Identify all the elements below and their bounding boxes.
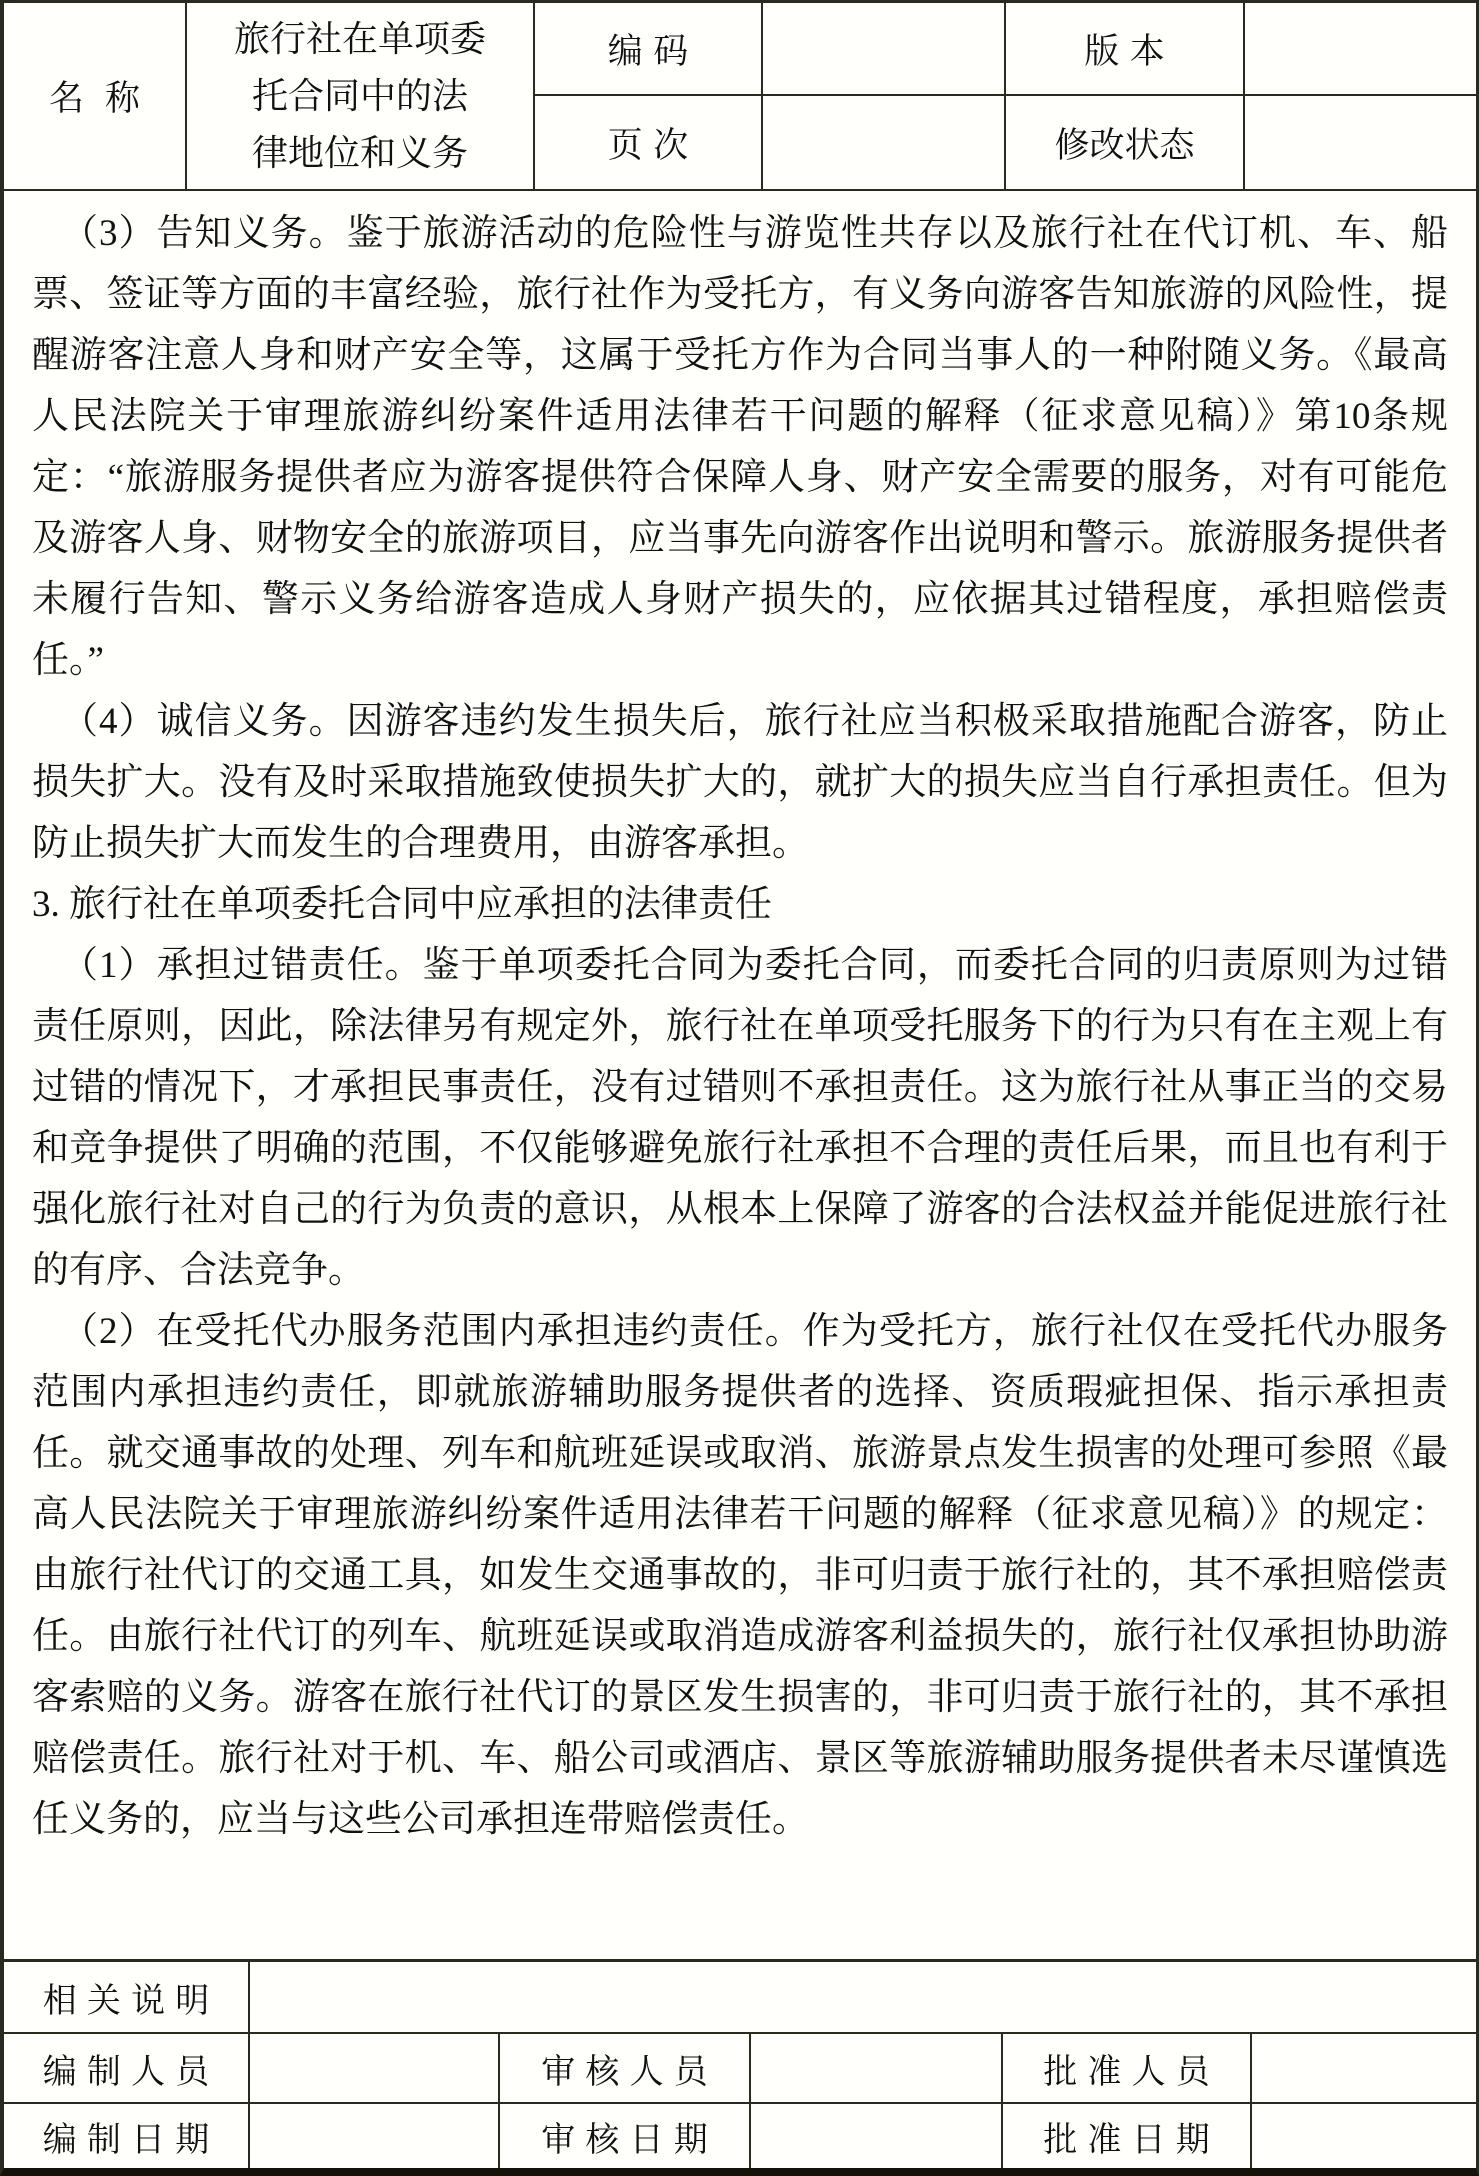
page-label: 页次 bbox=[535, 96, 763, 189]
footer-table: 相关说明 编制人员 审核人员 批准人员 编制日期 审核日期 批准日期 bbox=[4, 1959, 1476, 2168]
document-page: 名称 旅行社在单项委 托合同中的法 律地位和义务 编码 版本 页次 修改状态 （… bbox=[0, 0, 1479, 2176]
document-title-line-3: 律地位和义务 bbox=[252, 125, 468, 182]
review-date-label: 审核日期 bbox=[500, 2104, 751, 2168]
preparer-value-cell bbox=[250, 2034, 500, 2104]
paragraph-good-faith-duty: （4）诚信义务。因游客违约发生损失后，旅行社应当积极采取措施配合游客，防止损失扩… bbox=[32, 691, 1448, 874]
section-heading-legal-liability: 3. 旅行社在单项委托合同中应承担的法律责任 bbox=[32, 874, 1448, 935]
approver-value-cell bbox=[1252, 2034, 1476, 2104]
revision-status-label: 修改状态 bbox=[1006, 96, 1245, 189]
header-table: 名称 旅行社在单项委 托合同中的法 律地位和义务 编码 版本 页次 修改状态 bbox=[4, 3, 1476, 191]
name-label: 名称 bbox=[4, 3, 187, 189]
code-value-cell bbox=[763, 3, 1006, 96]
revision-status-value-cell bbox=[1245, 96, 1476, 189]
preparer-label: 编制人员 bbox=[4, 2034, 250, 2104]
approve-date-label: 批准日期 bbox=[1003, 2104, 1252, 2168]
paragraph-duty-to-inform: （3）告知义务。鉴于旅游活动的危险性与游览性共存以及旅行社在代订机、车、船票、签… bbox=[32, 203, 1448, 691]
document-title-line-2: 托合同中的法 bbox=[252, 68, 468, 125]
reviewer-label: 审核人员 bbox=[500, 2034, 751, 2104]
document-title: 旅行社在单项委 托合同中的法 律地位和义务 bbox=[187, 3, 535, 189]
notes-label: 相关说明 bbox=[4, 1962, 250, 2034]
paragraph-fault-liability: （1）承担过错责任。鉴于单项委托合同为委托合同，而委托合同的归责原则为过错责任原… bbox=[32, 935, 1448, 1301]
document-title-line-1: 旅行社在单项委 bbox=[234, 11, 486, 68]
reviewer-value-cell bbox=[751, 2034, 1003, 2104]
review-date-value-cell bbox=[751, 2104, 1003, 2168]
approve-date-value-cell bbox=[1252, 2104, 1476, 2168]
document-body: （3）告知义务。鉴于旅游活动的危险性与游览性共存以及旅行社在代订机、车、船票、签… bbox=[4, 191, 1476, 1959]
notes-value-cell bbox=[250, 1962, 1476, 2034]
version-label: 版本 bbox=[1006, 3, 1245, 96]
version-value-cell bbox=[1245, 3, 1476, 96]
page-value-cell bbox=[763, 96, 1006, 189]
approver-label: 批准人员 bbox=[1003, 2034, 1252, 2104]
prepare-date-label: 编制日期 bbox=[4, 2104, 250, 2168]
code-label: 编码 bbox=[535, 3, 763, 96]
paragraph-breach-liability: （2）在受托代办服务范围内承担违约责任。作为受托方，旅行社仅在受托代办服务范围内… bbox=[32, 1301, 1448, 1850]
prepare-date-value-cell bbox=[250, 2104, 500, 2168]
